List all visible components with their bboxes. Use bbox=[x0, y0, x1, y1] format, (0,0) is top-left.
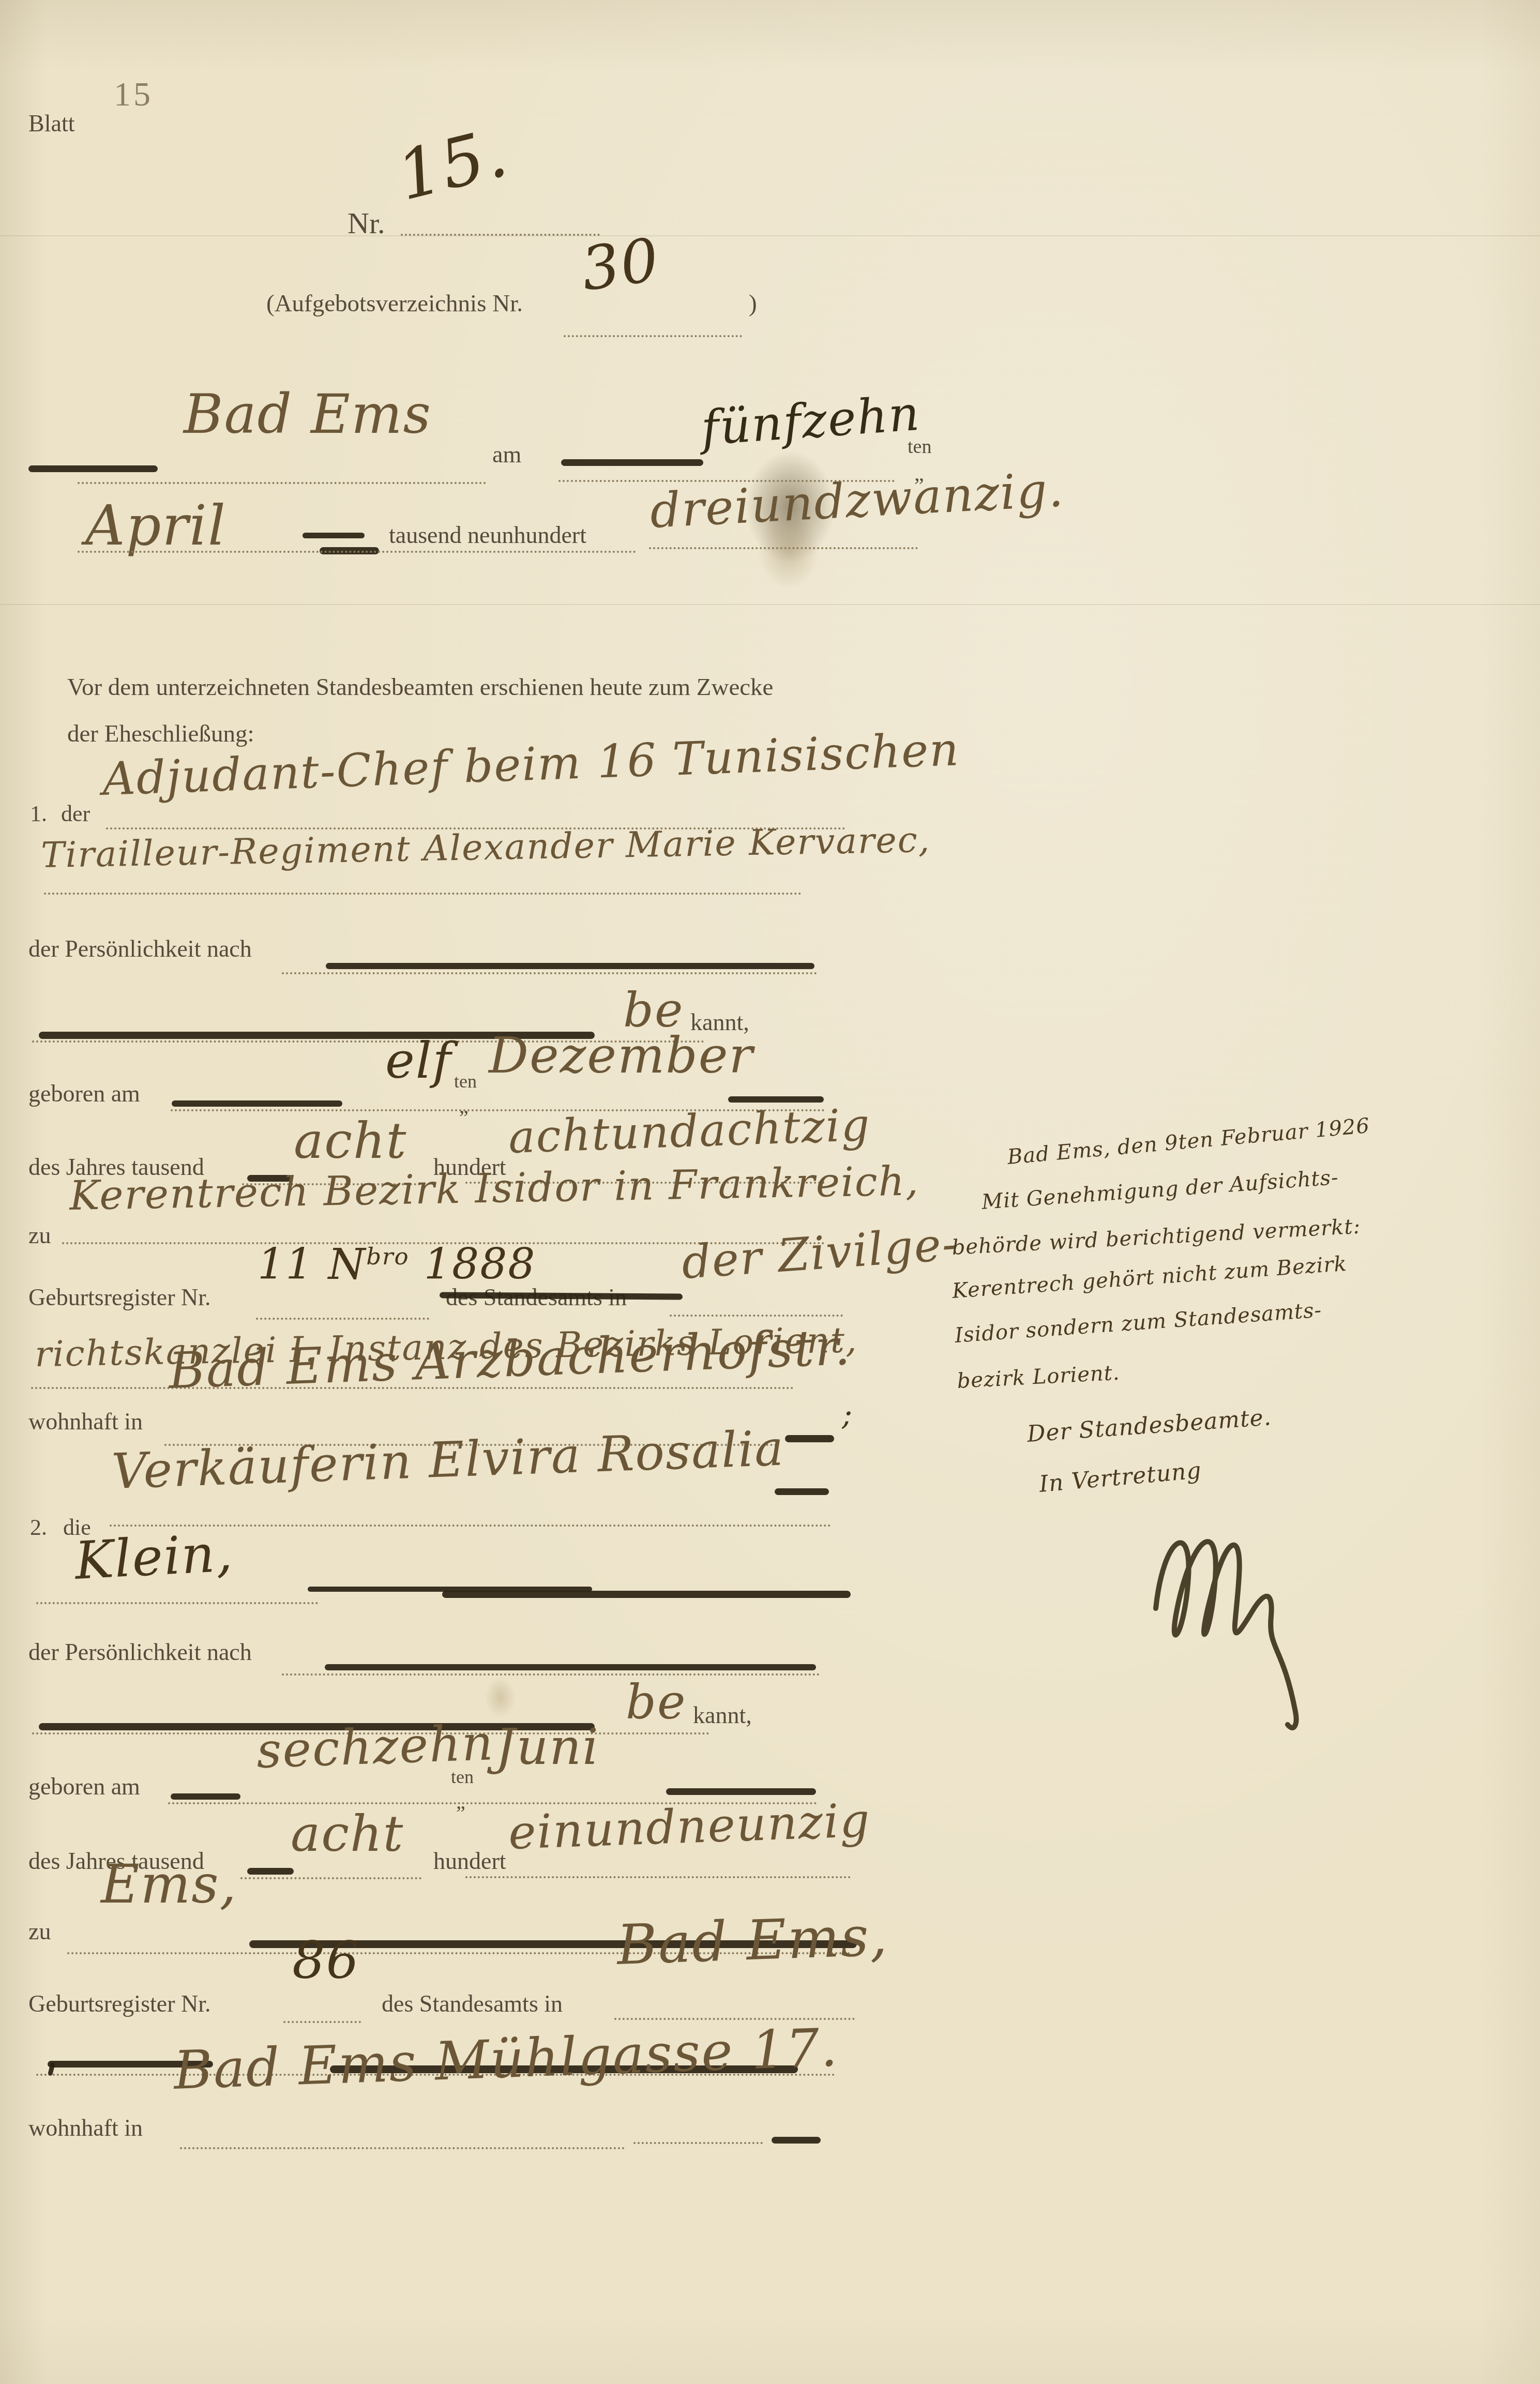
blatt-label: Blatt bbox=[28, 110, 74, 137]
ordinal-suffix: ten bbox=[908, 435, 931, 458]
dotted-rule bbox=[282, 1673, 820, 1676]
groom-index: 1. bbox=[30, 801, 47, 827]
groom-register-office-line1: der Zivilge- bbox=[680, 1217, 960, 1289]
intro-line-2: der Eheschließung: bbox=[67, 720, 254, 748]
record-number-handwritten: 15. bbox=[389, 113, 515, 216]
signature-scribble bbox=[1133, 1489, 1313, 1743]
dotted-rule bbox=[36, 1602, 318, 1604]
dotted-rule bbox=[283, 2021, 361, 2023]
bride-register-number: 86 bbox=[292, 1930, 360, 1990]
margin-note-line: behörde wird berichtigend vermerkt: bbox=[952, 1215, 1362, 1260]
ordinal-suffix: ten bbox=[454, 1070, 477, 1092]
register-number-year: 1888 bbox=[424, 1240, 536, 1289]
ink-stroke bbox=[775, 1488, 829, 1495]
margin-note-line: Kerentrech gehört nicht zum Bezirk bbox=[952, 1252, 1348, 1303]
margin-note-line: Mit Genehmigung der Aufsichts- bbox=[981, 1166, 1339, 1214]
groom-birth-month: Dezember bbox=[489, 1027, 753, 1084]
groom-article: der bbox=[61, 801, 90, 827]
bride-identity-label: der Persönlichkeit nach bbox=[28, 1638, 252, 1666]
bride-born-label: geboren am bbox=[28, 1773, 140, 1800]
ink-stroke bbox=[247, 1868, 294, 1875]
aufgebot-number-handwritten: 30 bbox=[577, 225, 664, 305]
dotted-rule bbox=[256, 1318, 429, 1320]
margin-note-line: Bad Ems, den 9ten Februar 1926 bbox=[1006, 1114, 1371, 1169]
margin-note-line: Isidor sondern zum Standesamts- bbox=[954, 1299, 1323, 1348]
bride-hundred-label: hundert bbox=[433, 1847, 506, 1875]
bride-known-label: kannt, bbox=[693, 1701, 752, 1729]
groom-zu-label: zu bbox=[28, 1221, 51, 1249]
groom-register-label: Geburtsregister Nr. bbox=[28, 1284, 211, 1311]
bride-office-label: des Standesamts in bbox=[382, 1990, 563, 2017]
dotted-rule bbox=[78, 551, 636, 553]
year-prefix-label: tausend neunhundert bbox=[389, 521, 586, 549]
ink-stroke bbox=[442, 1591, 851, 1598]
bride-surname: Klein, bbox=[73, 1522, 235, 1591]
bride-birth-month: Juni bbox=[495, 1718, 599, 1776]
paper-crease bbox=[0, 604, 1540, 605]
ink-stroke bbox=[772, 2137, 821, 2144]
dotted-rule bbox=[44, 893, 802, 895]
dotted-rule bbox=[465, 1876, 851, 1878]
margin-note-line: bezirk Lorient. bbox=[957, 1361, 1121, 1393]
ink-stroke bbox=[172, 1100, 342, 1107]
bride-description-line1: Verkäuferin Elvira Rosalia bbox=[111, 1421, 786, 1500]
ink-stroke bbox=[171, 1793, 240, 1800]
sheet-number: 15 bbox=[114, 75, 153, 114]
ink-stroke bbox=[303, 533, 365, 538]
registry-page: Blatt 15 Nr. 15. (Aufgebotsverzeichnis N… bbox=[0, 0, 1540, 2384]
place-handwritten: Bad Ems bbox=[184, 383, 432, 446]
dotted-rule bbox=[633, 2142, 763, 2144]
month-handwritten: April bbox=[85, 494, 227, 557]
record-number-label: Nr. bbox=[348, 206, 385, 240]
bride-index: 2. bbox=[30, 1514, 47, 1541]
groom-register-number: 11 Nbro 1888 bbox=[258, 1240, 536, 1289]
groom-born-label: geboren am bbox=[28, 1080, 140, 1107]
dotted-rule bbox=[282, 972, 817, 974]
groom-birth-day: elf bbox=[385, 1032, 452, 1090]
bride-known-handwritten: be bbox=[626, 1674, 686, 1730]
ordinal-suffix: ten bbox=[451, 1766, 474, 1788]
aufgebot-label: (Aufgebotsverzeichnis Nr. bbox=[266, 290, 523, 318]
ink-stroke bbox=[785, 1435, 834, 1442]
day-handwritten: fünfzehn bbox=[700, 386, 922, 456]
dotted-rule bbox=[401, 234, 600, 236]
dotted-rule bbox=[649, 547, 918, 549]
bride-zu-label: zu bbox=[28, 1918, 51, 1945]
ink-stroke bbox=[561, 459, 703, 466]
ink-stroke bbox=[326, 963, 814, 969]
dotted-rule bbox=[670, 1315, 843, 1317]
am-label: am bbox=[492, 441, 521, 468]
intro-line-1: Vor dem unterzeichneten Standesbeamten e… bbox=[67, 673, 773, 701]
bride-birthplace: Ems, bbox=[101, 1854, 237, 1915]
bride-register-place: Bad Ems, bbox=[616, 1904, 889, 1977]
groom-year-hundreds: acht bbox=[294, 1112, 407, 1170]
bride-register-label: Geburtsregister Nr. bbox=[28, 1990, 211, 2017]
aufgebot-label-close: ) bbox=[749, 290, 757, 318]
groom-residence-end: ; bbox=[842, 1396, 853, 1432]
ditto-mark: „ bbox=[459, 1094, 469, 1118]
register-number-main: 11 N bbox=[258, 1240, 366, 1289]
ink-stroke bbox=[325, 1664, 816, 1670]
year-handwritten: dreiundzwanzig. bbox=[648, 462, 1065, 539]
groom-resident-label: wohnhaft in bbox=[28, 1408, 143, 1435]
dotted-rule bbox=[240, 1877, 421, 1879]
margin-note-signoff: Der Standesbeamte. bbox=[1026, 1404, 1272, 1447]
ink-stroke bbox=[666, 1788, 816, 1795]
ink-stroke bbox=[28, 465, 158, 472]
paper-crease bbox=[0, 235, 1540, 236]
ditto-mark: „ bbox=[456, 1789, 465, 1814]
register-number-sup: bro bbox=[366, 1243, 410, 1270]
dotted-rule bbox=[180, 2147, 625, 2149]
dotted-rule bbox=[564, 335, 742, 337]
groom-identity-label: der Persönlichkeit nach bbox=[28, 935, 252, 962]
bride-residence: Bad Ems Mühlgasse 17. bbox=[173, 2017, 839, 2102]
bride-year-hundreds: acht bbox=[291, 1805, 404, 1863]
bride-resident-label: wohnhaft in bbox=[28, 2114, 143, 2141]
dotted-rule bbox=[78, 482, 486, 484]
